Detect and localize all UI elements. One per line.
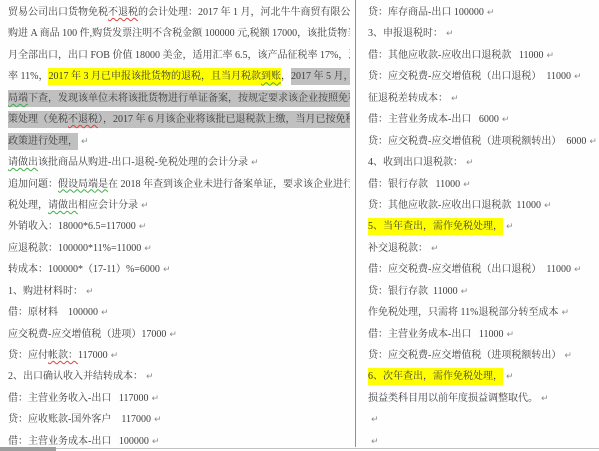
paragraph-mark-icon: ↵ [541, 394, 549, 404]
text-line: 1、购进材料时：↵ [8, 281, 350, 302]
paragraph-mark-icon: ↵ [574, 265, 582, 275]
text-line: 借：银行存款 11000↵ [368, 174, 597, 195]
text-line: 贷：库存商品-出口 100000↵ [368, 2, 597, 23]
text-line: 贷：应交税费-应交增值税（出口退税） 11000↵ [368, 66, 597, 87]
text-line: 应退税款：100000*11%=11000↵ [8, 238, 350, 259]
text-segment: 转成本：100000*（17-11）%=6000 [8, 264, 160, 275]
text-line: 应交税费-应交增值税（进项）17000↵ [8, 324, 350, 345]
text-segment: 月全部出口，出口 FOB 价值 18000 美金，适用汇率 6.5，该产品征税率… [8, 50, 350, 61]
text-segment: 率 11%， [8, 71, 48, 82]
text-segment: 6、次年查出，需作免税处理， [368, 368, 503, 385]
paragraph-mark-icon: ↵ [111, 351, 119, 361]
left-column: 贸易公司出口货物免税不退税的会计处理：2017 年 1 月，河北牛牛商贸有限公司… [8, 2, 350, 451]
text-line: 损益类科目用以前年度损益调整取代。↵ [368, 388, 597, 409]
document-page: 贸易公司出口货物免税不退税的会计处理：2017 年 1 月，河北牛牛商贸有限公司… [0, 0, 599, 451]
text-segment: 请做出 [8, 157, 38, 168]
paragraph-mark-icon: ↵ [544, 201, 552, 211]
text-line: 4、收到出口退税款：↵ [368, 152, 597, 173]
text-segment: 不退税 [68, 111, 98, 128]
paragraph-mark-icon: ↵ [463, 180, 471, 190]
text-segment: 征退税差转成本： [368, 93, 448, 104]
text-line: 6、次年查出，需作免税处理，↵ [368, 366, 597, 387]
paragraph-mark-icon: ↵ [154, 415, 162, 425]
paragraph-mark-icon: ↵ [144, 244, 152, 254]
text-line: ↵ [368, 409, 597, 430]
text-line: 贷：应交税费-应交增值税（进项税额转出） 6000↵ [368, 131, 597, 152]
text-line: 贸易公司出口货物免税不退税的会计处理：2017 年 1 月，河北牛牛商贸有限公司 [8, 2, 350, 23]
text-line: 贷：应交税费-应交增值税（进项税额转出）↵ [368, 345, 597, 366]
text-line: 贷：应收账款-国外客户 117000↵ [8, 409, 350, 430]
text-segment: 借：其他应收款-应收出口退税款 11000 [368, 50, 543, 61]
paragraph-mark-icon: ↵ [446, 29, 454, 39]
text-segment: 贷：银行存款 11000 [368, 286, 458, 297]
text-line: 3、申报退税时：↵ [368, 23, 597, 44]
paragraph-mark-icon: ↵ [502, 115, 510, 125]
text-segment: 该批商品从购进-出口-退税-免税处理的会计分录 [38, 157, 248, 168]
text-segment: 购进 A 商品 100 件,购货发票注明不含税金额 100000 元,税额 17… [8, 28, 350, 39]
paragraph-mark-icon: ↵ [152, 437, 160, 447]
text-segment: 策处理（免税 [8, 111, 68, 128]
text-segment: 贷：其他应收款-应收出口退税款 11000 [368, 200, 541, 211]
text-segment: 的会计处理：2017 年 1 月，河北牛牛商贸有限公司 [138, 7, 350, 18]
paragraph-mark-icon: ↵ [101, 308, 109, 318]
right-column: 贷：库存商品-出口 100000↵3、申报退税时：↵借：其他应收款-应收出口退税… [368, 2, 597, 451]
paragraph-mark-icon: ↵ [506, 222, 514, 232]
paragraph-mark-icon: ↵ [506, 372, 514, 382]
text-segment: 税处理， [8, 200, 48, 211]
paragraph-mark-icon: ↵ [86, 287, 94, 297]
text-line: 2、出口确认收入并结转成本：↵ [8, 366, 350, 387]
text-line: 转成本：100000*（17-11）%=6000↵ [8, 259, 350, 280]
paragraph-mark-icon: ↵ [564, 351, 572, 361]
text-line: 追加问题：假设局端是在 2018 年查到该企业未进行备案单证，要求该企业进行免 [8, 174, 350, 195]
text-line: 请做出该批商品从购进-出口-退税-免税处理的会计分录↵ [8, 152, 350, 173]
text-line: 补交退税款：↵ [368, 238, 597, 259]
text-line: 借：主营业务成本-出口 6000↵ [368, 109, 597, 130]
text-line: 外销收入：18000*6.5=117000↵ [8, 216, 350, 237]
text-segment: 借：银行存款 11000 [368, 179, 460, 190]
paragraph-mark-icon: ↵ [451, 94, 459, 104]
paragraph-mark-icon: ↵ [574, 72, 582, 82]
paragraph-mark-icon: ↵ [431, 244, 439, 254]
text-segment: 借：主营业务成本-出口 100000 [8, 436, 149, 447]
paragraph-mark-icon: ↵ [151, 394, 159, 404]
text-line: 局端下查，发现该单位未将该批货物进行单证备案，按规定要求该企业按照免税政 [8, 88, 350, 109]
text-segment: 借：主营业务收入-出口 117000 [8, 393, 148, 404]
paragraph-mark-icon: ↵ [141, 201, 149, 211]
text-segment: 借：主营业务成本-出口 11000 [368, 329, 503, 340]
text-segment: 请做出 [48, 200, 78, 211]
text-segment: 贸易公司出口货物免税 [8, 7, 108, 18]
text-segment: 贷：库存商品-出口 100000 [368, 7, 484, 18]
text-segment: 2017 年 5 月，因 [291, 68, 350, 85]
text-segment: 作免税处理，只需将 11%退税部分转至成本 [368, 307, 558, 318]
text-line: 月全部出口，出口 FOB 价值 18000 美金，适用汇率 6.5，该产品征税率… [8, 45, 350, 66]
text-segment: 5、当年查出，需作免税处理， [368, 218, 503, 235]
text-segment: 4、收到出口退税款： [368, 157, 463, 168]
text-segment: ， [281, 71, 291, 82]
text-segment: 帐款： [48, 350, 78, 361]
text-segment: 下查，发现该单位未将该批货物进行单证备案，按规定要求该企业按照免税政 [28, 90, 350, 107]
text-segment: 3、申报退税时： [368, 28, 443, 39]
paragraph-mark-icon: ↵ [546, 51, 554, 61]
text-segment: 2017 年 3 月已申报该批货物的退税，且当月税款 [48, 68, 261, 85]
text-line: 作免税处理，只需将 11%退税部分转至成本↵ [368, 302, 597, 323]
text-line: 5、当年查出，需作免税处理，↵ [368, 216, 597, 237]
paragraph-mark-icon: ↵ [466, 158, 474, 168]
column-divider [355, 0, 356, 447]
text-line: 贷：应付帐款：117000↵ [8, 345, 350, 366]
text-segment: 假设局端是 [58, 179, 108, 190]
text-segment: 损益类科目用以前年度损益调整取代。 [368, 393, 538, 404]
text-segment: 借：原材料 100000 [8, 307, 98, 318]
paragraph-mark-icon: ↵ [461, 287, 469, 297]
text-segment: 贷：应交税费-应交增值税（进项税额转出） 6000 [368, 136, 586, 147]
paragraph-mark-icon: ↵ [251, 158, 259, 168]
text-segment: 117000 [78, 350, 108, 361]
text-line: 借：应交税费-应交增值税（出口退税） 11000↵ [368, 259, 597, 280]
text-segment: 借：主营业务成本-出口 6000 [368, 114, 499, 125]
text-segment: 贷：应收账款-国外客户 117000 [8, 414, 151, 425]
text-line: 借：原材料 100000↵ [8, 302, 350, 323]
text-segment: 借：应交税费-应交增值税（出口退税） 11000 [368, 264, 571, 275]
text-line: 率 11%，2017 年 3 月已申报该批货物的退税，且当月税款到账，2017 … [8, 66, 350, 87]
text-line: 借：其他应收款-应收出口退税款 11000↵ [368, 45, 597, 66]
text-line: 借：主营业务收入-出口 117000↵ [8, 388, 350, 409]
text-line: 政策进行处理，↵ [8, 131, 350, 152]
paragraph-mark-icon: ↵ [81, 137, 89, 147]
text-segment: ），2017 年 6 月该企业将该批已退税款上缴，当月已按免税 [98, 111, 350, 128]
text-segment: 不退税 [108, 7, 138, 18]
paragraph-mark-icon: ↵ [561, 308, 569, 318]
text-segment: 政策进行处理， [8, 133, 78, 150]
text-segment: 贷：应交税费-应交增值税（进项税额转出） [368, 350, 561, 361]
scrollbar-thumb[interactable] [0, 447, 56, 451]
paragraph-mark-icon: ↵ [371, 415, 379, 425]
text-segment: 补交退税款： [368, 243, 428, 254]
paragraph-mark-icon: ↵ [139, 222, 147, 232]
text-segment: 到账 [261, 68, 281, 85]
paragraph-mark-icon: ↵ [146, 372, 154, 382]
text-segment: 2、出口确认收入并结转成本： [8, 371, 143, 382]
text-segment: 局端 [8, 90, 28, 107]
text-segment: 外销收入：18000*6.5=117000 [8, 221, 136, 232]
text-segment: 追加问题： [8, 179, 58, 190]
paragraph-mark-icon: ↵ [506, 330, 514, 340]
text-line: 贷：其他应收款-应收出口退税款 11000↵ [368, 195, 597, 216]
text-line: 购进 A 商品 100 件,购货发票注明不含税金额 100000 元,税额 17… [8, 23, 350, 44]
text-segment: 应退税款：100000*11%=11000 [8, 243, 141, 254]
paragraph-mark-icon: ↵ [169, 330, 177, 340]
text-segment: 相应会计分录 [78, 200, 138, 211]
paragraph-mark-icon: ↵ [163, 265, 171, 275]
text-segment: 1、购进材料时： [8, 286, 83, 297]
text-line: 借：主营业务成本-出口 11000↵ [368, 324, 597, 345]
text-segment: 贷：应付 [8, 350, 48, 361]
paragraph-mark-icon: ↵ [589, 137, 597, 147]
text-line: 贷：银行存款 11000↵ [368, 281, 597, 302]
text-line: 税处理，请做出相应会计分录↵ [8, 195, 350, 216]
paragraph-mark-icon: ↵ [487, 8, 495, 18]
text-segment: 贷：应交税费-应交增值税（出口退税） 11000 [368, 71, 571, 82]
text-line: 征退税差转成本：↵ [368, 88, 597, 109]
paragraph-mark-icon: ↵ [371, 437, 379, 447]
text-line: 策处理（免税不退税），2017 年 6 月该企业将该批已退税款上缴，当月已按免税 [8, 109, 350, 130]
text-segment: 应交税费-应交增值税（进项）17000 [8, 329, 166, 340]
bottom-border [0, 448, 599, 449]
text-segment: 在 2018 年查到该企业未进行备案单证，要求该企业进行免 [108, 179, 350, 190]
